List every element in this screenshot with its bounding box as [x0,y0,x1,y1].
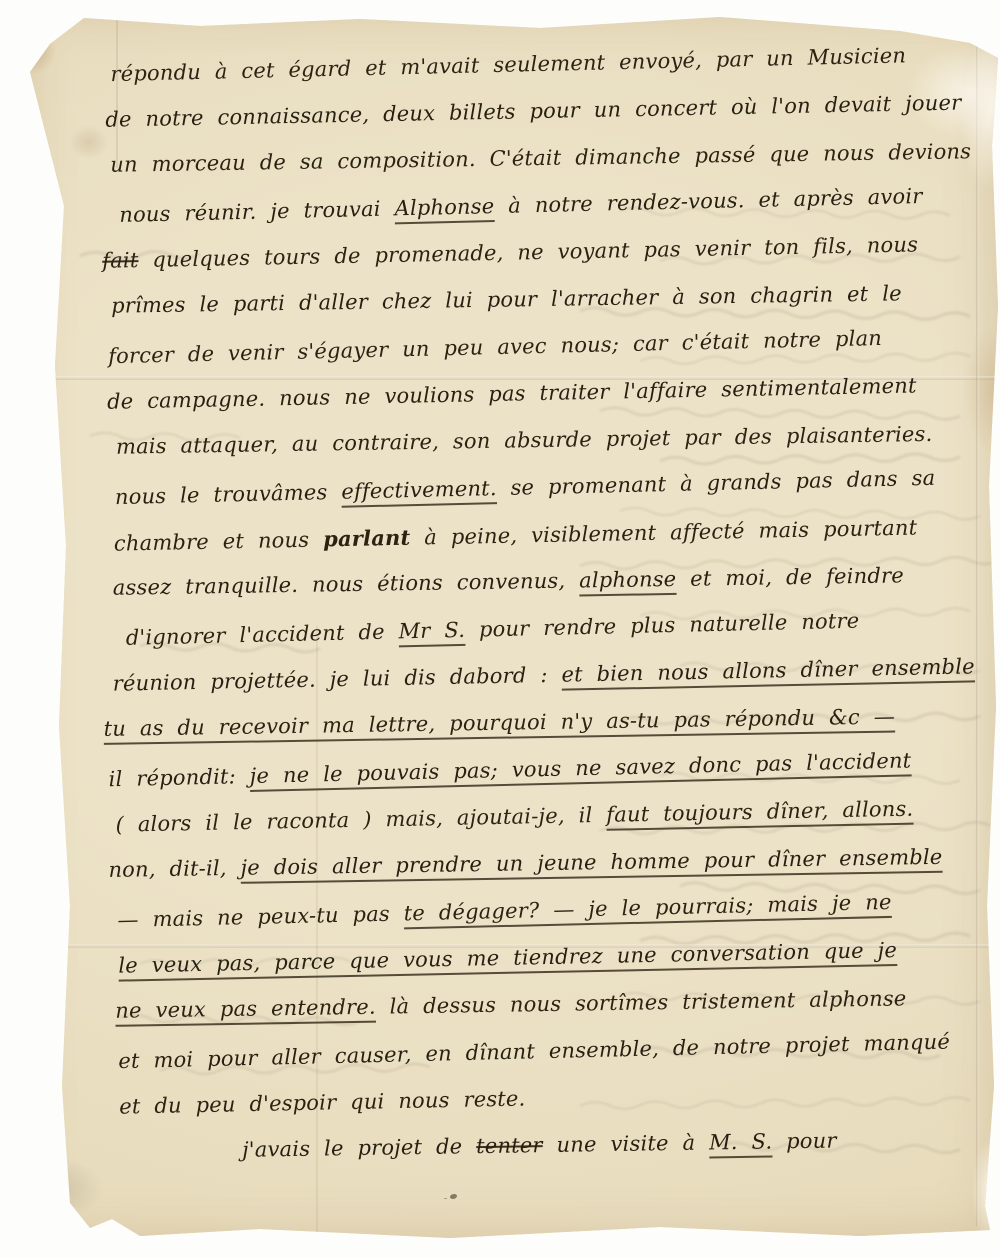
text-segment: de campagne. nous ne voulions pas traite… [107,373,917,413]
struck-word: fait [102,248,139,273]
text-segment: une visite à [542,1130,709,1157]
text-segment: à notre rendez-vous. et après avoir [494,184,923,218]
text-segment: chambre et nous [114,527,324,555]
text-segment: et moi pour aller causer, en dînant ense… [118,1030,950,1074]
underlined-phrase: et bien nous allons dîner ensemble [561,654,975,686]
scan-background: répondu à cet égard et m'avait seulement… [0,0,1000,1257]
text-segment: d'ignorer l'accident de [126,619,399,649]
underlined-phrase: alphonse [579,567,677,593]
underlined-phrase: tu as du recevoir ma lettre, pourquoi n'… [103,704,895,740]
underlined-phrase: effectivement. [341,476,497,504]
underlined-phrase: Alphonse [394,194,494,220]
text-segment: — mais ne peux-tu pas [117,901,404,932]
letter-page: répondu à cet égard et m'avait seulement… [20,6,1000,1244]
text-segment: nous le trouvâmes [115,480,342,509]
underlined-phrase: je dois aller prendre un jeune homme pou… [240,845,942,880]
underlined-phrase: ne veux pas entendre. [115,995,376,1023]
text-segment: répondu à cet égard et m'avait seulement… [110,43,906,86]
text-segment: mais attaquer, au contraire, son absurde… [116,422,933,459]
text-segment: à peine, visiblement affecté mais pourta… [410,515,917,549]
manuscript-text: répondu à cet égard et m'avait seulement… [90,32,1000,1178]
struck-word: tenter [476,1133,543,1158]
text-segment: de notre connaissance, deux billets pour… [105,91,961,132]
text-segment: forcer de venir s'égayer un peu avec nou… [108,326,882,368]
text-segment: se promenant à grands pas dans sa [496,466,935,500]
text-segment: nous réunir. je trouvai [119,196,395,226]
text-segment: là dessus nous sortîmes tristement alpho… [376,986,907,1018]
text-segment: quelques tours de promenade, ne voyant p… [138,232,918,272]
underlined-phrase: le veux pas, parce que vous me tiendrez … [118,938,897,978]
text-segment: parlant [323,525,411,552]
text-segment: et du peu d'espoir qui nous reste. [119,1086,526,1118]
text-segment: pour [772,1128,837,1153]
underlined-phrase: faut toujours dîner, allons. [606,797,913,827]
text-segment: et moi, de feindre [676,563,904,591]
text-segment: pour rendre plus naturelle notre [465,609,860,642]
text-segment: un morceau de sa composition. C'était di… [110,139,971,177]
text-segment: non, dit-il, [108,856,240,882]
underlined-phrase: Mr S. [398,618,465,644]
text-segment: ( alors il le raconta ) mais, ajoutai-je… [115,803,606,837]
underlined-phrase: je ne le pouvais pas; vous ne savez donc… [249,748,911,788]
underlined-phrase: te dégager? — je le pourrais; mais je ne [403,890,891,925]
text-segment: réunion projettée. je lui dis dabord : [112,663,561,696]
text-segment: il répondit: [108,764,250,791]
text-segment: prîmes le parti d'aller chez lui pour l'… [111,281,902,317]
text-segment: assez tranquille. nous étions convenus, [113,568,580,599]
text-segment: j'avais le projet de [242,1134,476,1162]
underlined-phrase: M. S. [709,1129,773,1154]
